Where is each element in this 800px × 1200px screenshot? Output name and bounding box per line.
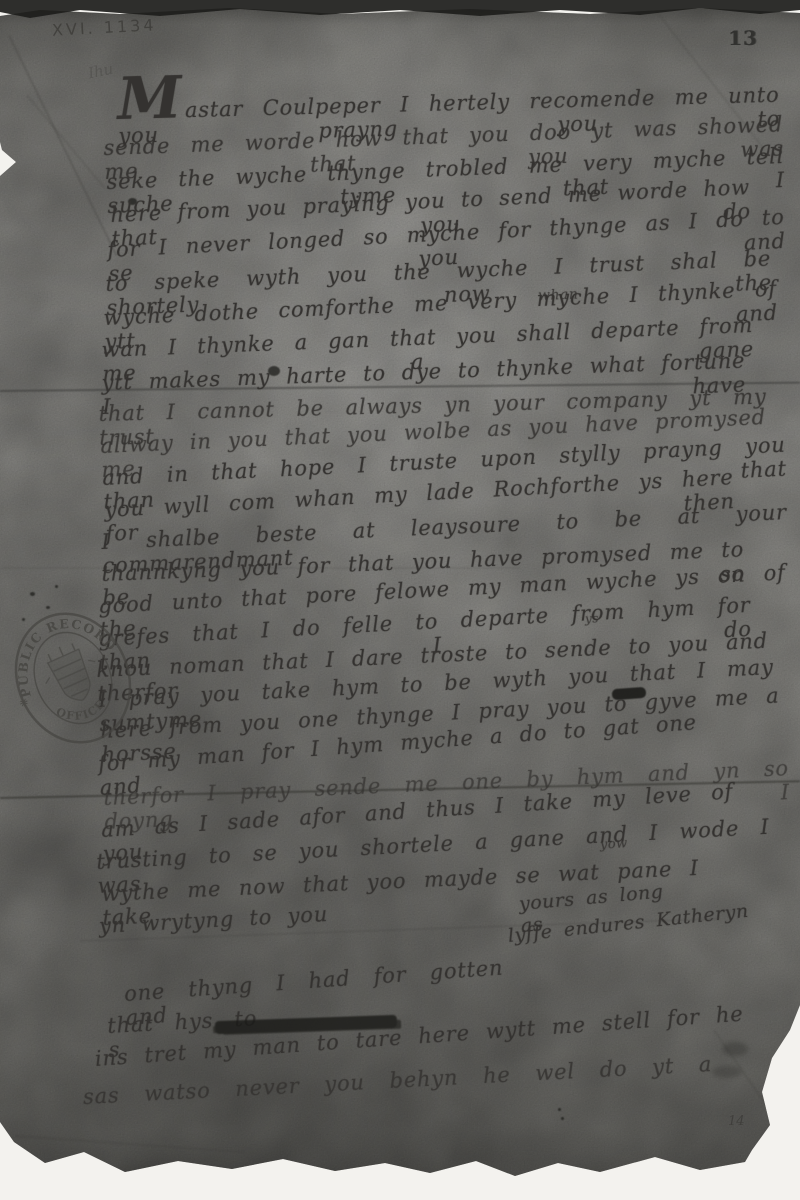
interlinear-word: ys — [585, 611, 600, 626]
paper-sheet: XVI. 1134 13 Ihu 14 Mastar Coulpeper I h… — [0, 0, 800, 1200]
speckle — [30, 592, 35, 596]
stamp-star: ✳ — [18, 696, 32, 710]
interlinear-word: yow — [599, 836, 628, 853]
speckle — [55, 585, 58, 588]
dot-mark — [558, 1108, 561, 1111]
smudge — [712, 1066, 742, 1078]
manuscript-photo: { "annotations": { "catalog_mark": "XVI.… — [0, 0, 800, 1200]
dot-mark — [561, 1117, 564, 1120]
interlinear-word: whan — [538, 287, 579, 304]
page-number-top: 13 — [728, 26, 758, 50]
smudge — [722, 1042, 748, 1056]
page-number-bottom: 14 — [728, 1114, 745, 1129]
